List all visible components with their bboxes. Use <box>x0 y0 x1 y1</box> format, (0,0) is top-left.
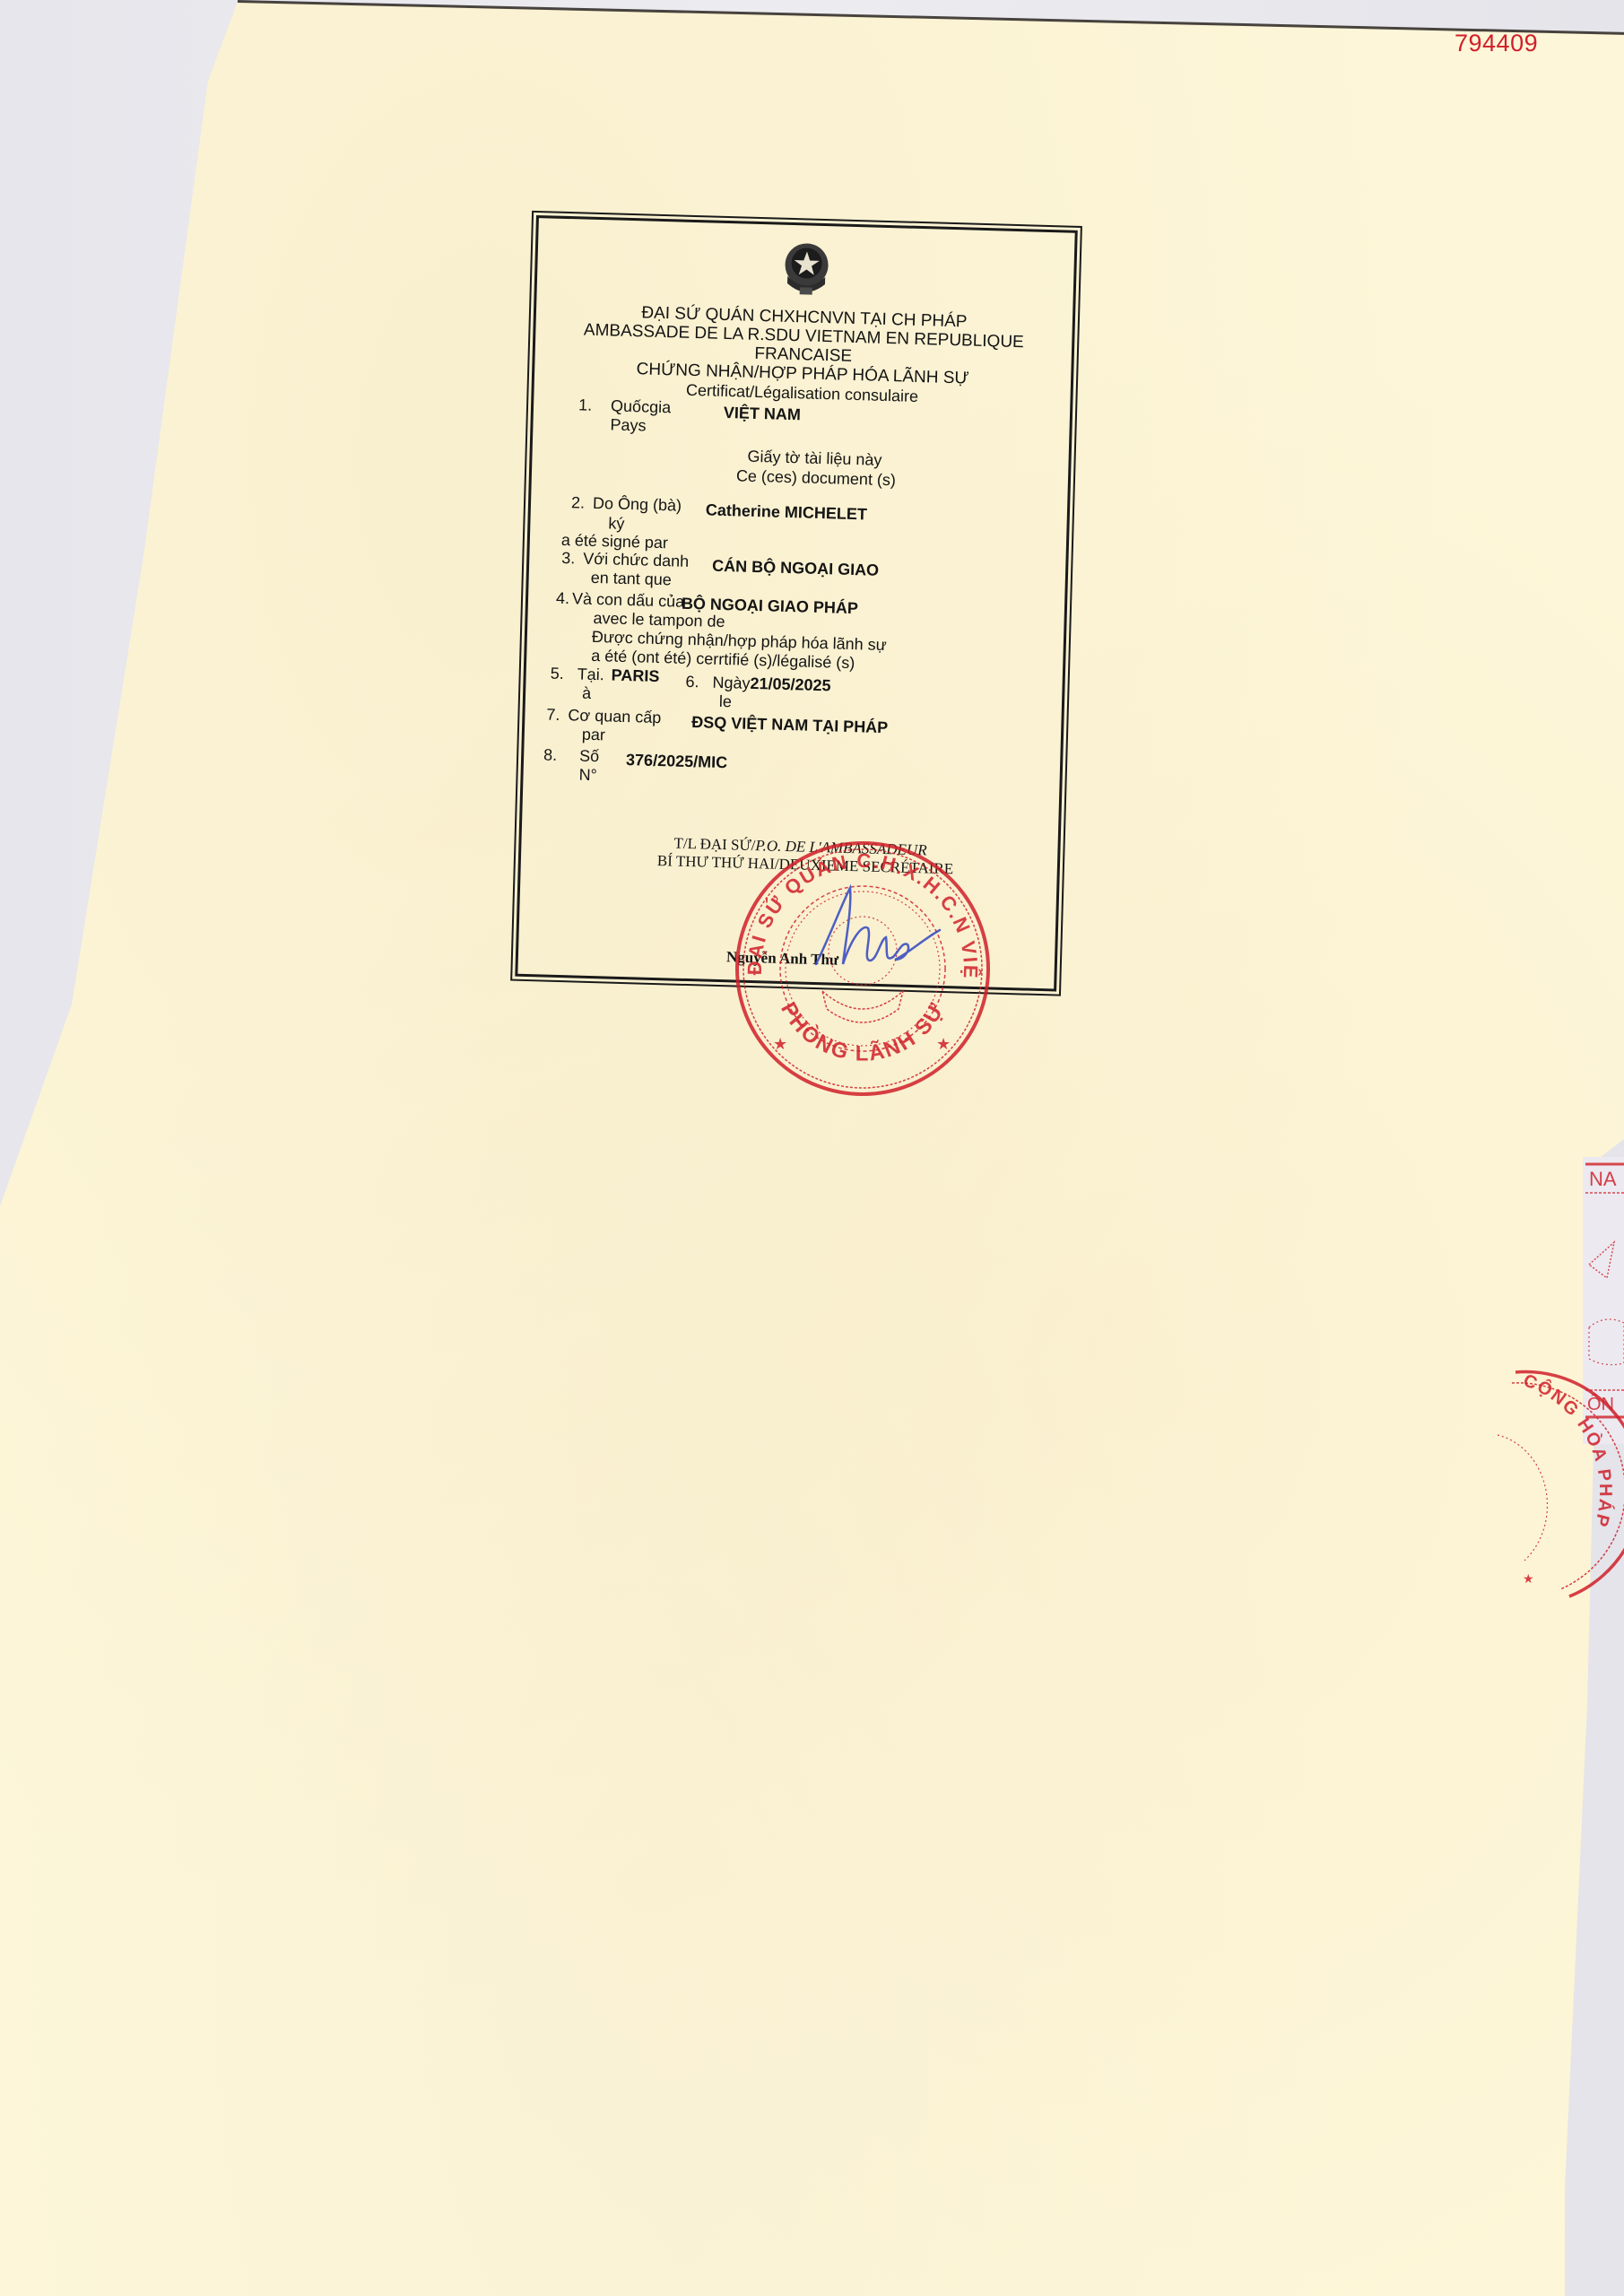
edge-stamp-text-top: NA <box>1589 1168 1617 1190</box>
field-number: 8. <box>543 745 558 764</box>
field-label-vi: Số <box>579 747 600 766</box>
field-value-date: 21/05/2025 <box>750 674 831 695</box>
field-label-fr: N° <box>578 766 597 785</box>
field-value-capacity: CÁN BỘ NGOẠI GIAO <box>712 557 880 579</box>
field-value-country: VIỆT NAM <box>724 404 802 424</box>
field-number: 3. <box>561 549 576 568</box>
field-number: 2. <box>571 493 586 512</box>
national-emblem-icon <box>780 240 834 300</box>
handwritten-signature-icon <box>798 874 942 982</box>
field-number: 4. <box>556 589 570 608</box>
document-note-vi: Giấy tờ tài liệu này <box>747 448 881 469</box>
field-label-fr: en tant que <box>590 569 672 589</box>
field-number: 7. <box>546 706 560 725</box>
field-value-signed-by: Catherine MICHELET <box>706 500 868 523</box>
field-label-vi: Và con dấu của <box>572 589 685 611</box>
field-label-vi: Cơ quan cấp <box>568 706 661 726</box>
reference-number: 794409 <box>1455 30 1538 57</box>
field-value-authority: ĐSQ VIỆT NAM TẠI PHÁP <box>691 713 888 736</box>
field-label-vi: Tại. <box>577 665 604 683</box>
svg-text:CỘNG HÒA PHÁP: CỘNG HÒA PHÁP <box>1521 1370 1616 1530</box>
field-label-fr: à <box>582 684 592 702</box>
field-label-vi: Do Ông (bà) <box>593 494 682 515</box>
svg-text:★: ★ <box>1523 1571 1534 1586</box>
field-label-vi: Ngày <box>712 674 751 692</box>
document-note-fr: Ce (ces) document (s) <box>736 466 897 489</box>
field-label-vi: Quốcgia <box>611 396 672 416</box>
field-value-place: PARIS <box>611 666 659 686</box>
field-label-vi-cont: ký <box>608 514 625 533</box>
field-number: 1. <box>578 396 593 414</box>
field-label-vi: Với chức danh <box>583 550 689 570</box>
field-number: 6. <box>685 673 699 691</box>
svg-text:★: ★ <box>936 1035 951 1053</box>
right-stamp-text: CỘNG HÒA PHÁP <box>1521 1370 1616 1530</box>
right-stamp-partial-icon: CỘNG HÒA PHÁP ★ <box>1471 1354 1624 1623</box>
field-label-fr: Pays <box>610 415 647 434</box>
field-label-fr: par <box>582 726 606 744</box>
svg-text:★: ★ <box>773 1035 787 1053</box>
field-label-fr: a été signé par <box>561 531 669 552</box>
field-value-serial: 376/2025/MIC <box>626 751 728 771</box>
field-label-fr: le <box>719 692 733 711</box>
field-number: 5. <box>550 665 564 683</box>
